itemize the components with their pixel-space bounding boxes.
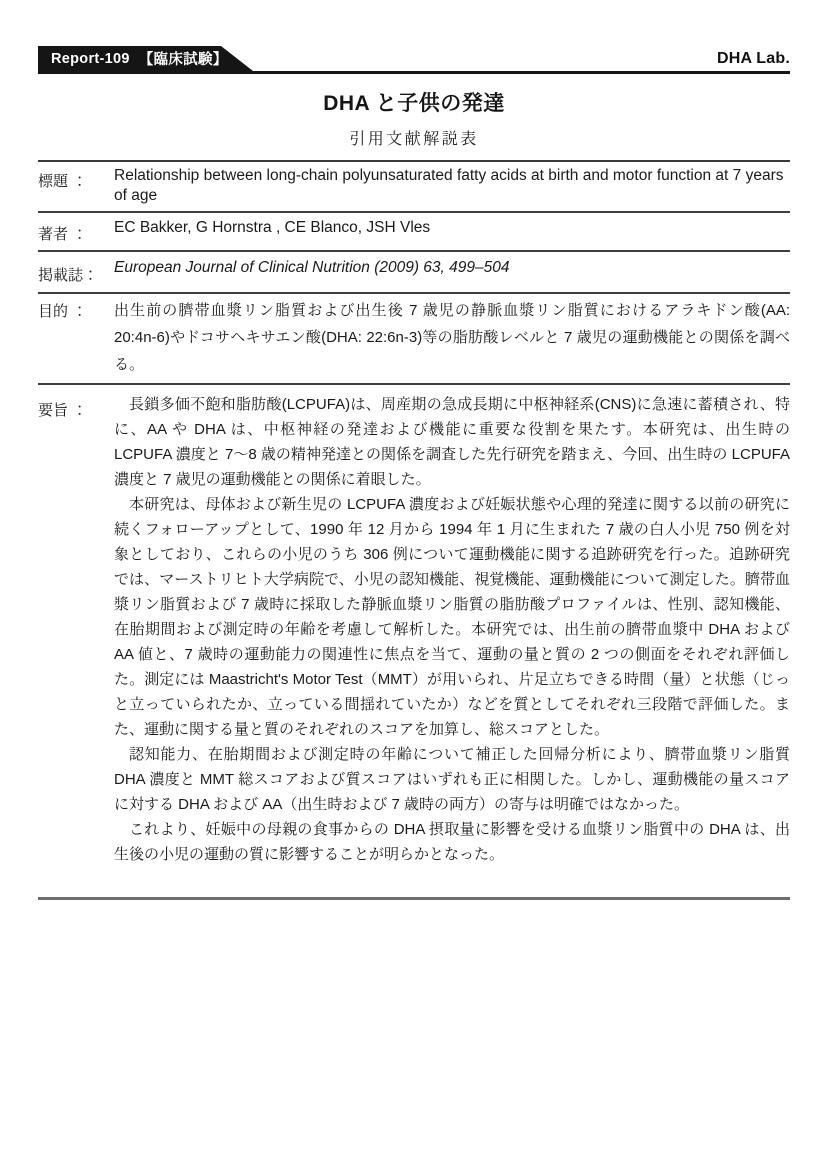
article-title: Relationship between long-chain polyunsa… <box>114 166 790 206</box>
article-authors: EC Bakker, G Hornstra , CE Blanco, JSH V… <box>114 218 790 244</box>
summary-row-label: 要旨 ： <box>38 392 114 867</box>
report-number: Report-109 <box>51 51 130 67</box>
table-row-journal: 掲載誌： European Journal of Clinical Nutrit… <box>38 252 790 294</box>
summary-paragraph: 長鎖多価不飽和脂肪酸(LCPUFA)は、周産期の急成長期に中枢神経系(CNS)に… <box>114 392 790 492</box>
journal-row-label: 掲載誌： <box>38 258 114 285</box>
document-page: Report-109 【臨床試験】 DHA Lab. DHA と子供の発達 引用… <box>0 0 828 1171</box>
table-row-title: 標題 ： Relationship between long-chain pol… <box>38 162 790 213</box>
page-subtitle: 引用文献解説表 <box>0 126 828 149</box>
title-row-label: 標題 ： <box>38 166 114 206</box>
report-category: 【臨床試験】 <box>139 48 228 69</box>
summary-paragraph: これより、妊娠中の母親の食事からの DHA 摂取量に影響を受ける血漿リン脂質中の… <box>114 817 790 867</box>
purpose-row-label: 目的 ： <box>38 297 114 378</box>
report-banner: Report-109 【臨床試験】 <box>38 46 253 71</box>
page-header: Report-109 【臨床試験】 DHA Lab. <box>0 0 828 74</box>
journal-citation: European Journal of Clinical Nutrition (… <box>114 258 790 285</box>
table-row-purpose: 目的 ： 出生前の臍帯血漿リン脂質および出生後 7 歳児の静脈血漿リン脂質におけ… <box>38 294 790 385</box>
summary-paragraph: 本研究は、母体および新生児の LCPUFA 濃度および妊娠状態や心理的発達に関す… <box>114 492 790 742</box>
header-rule <box>38 71 790 74</box>
study-purpose: 出生前の臍帯血漿リン脂質および出生後 7 歳児の静脈血漿リン脂質におけるアラキド… <box>114 297 790 378</box>
page-title: DHA と子供の発達 <box>0 87 828 117</box>
table-row-summary: 要旨 ： 長鎖多価不飽和脂肪酸(LCPUFA)は、周産期の急成長期に中枢神経系(… <box>38 385 790 900</box>
table-row-authors: 著者 ： EC Bakker, G Hornstra , CE Blanco, … <box>38 213 790 252</box>
reference-table: 標題 ： Relationship between long-chain pol… <box>38 160 790 900</box>
summary-paragraph: 認知能力、在胎期間および測定時の年齢について補正した回帰分析により、臍帯血漿リン… <box>114 742 790 817</box>
authors-row-label: 著者 ： <box>38 218 114 244</box>
brand-logo: DHA Lab. <box>717 50 790 68</box>
study-summary: 長鎖多価不飽和脂肪酸(LCPUFA)は、周産期の急成長期に中枢神経系(CNS)に… <box>114 392 790 867</box>
